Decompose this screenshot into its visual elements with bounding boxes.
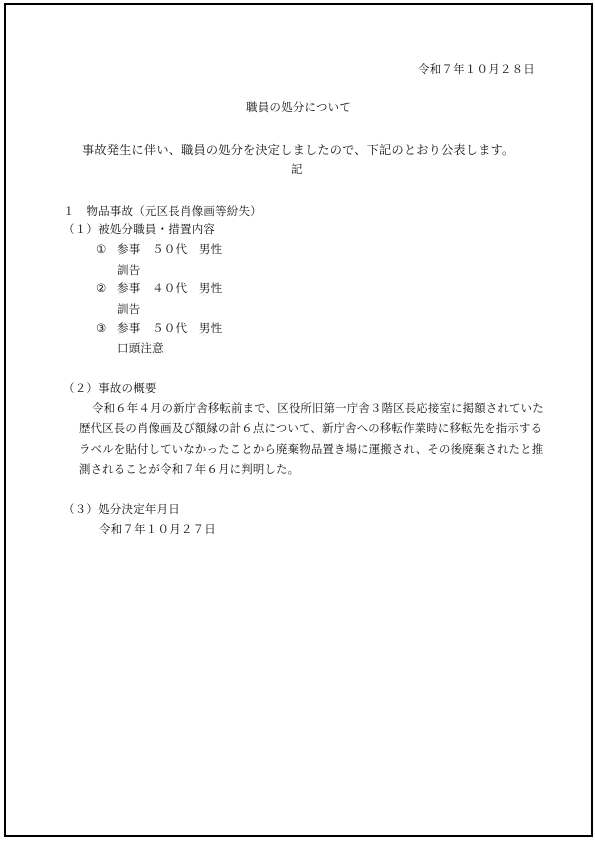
item-marker: ③	[96, 321, 107, 335]
ki-label: 記	[291, 162, 303, 176]
item-desc: 参事 ５０代 男性	[117, 242, 222, 256]
document-date: 令和７年１０月２８日	[418, 62, 535, 76]
item-measure: 訓告	[117, 263, 140, 277]
intro-text: 事故発生に伴い、職員の処分を決定しましたので、下記のとおり公表します。	[82, 143, 514, 157]
item-desc: 参事 ５０代 男性	[117, 321, 222, 335]
sub3-heading: （３）処分決定年月日	[63, 502, 180, 516]
item-measure: 訓告	[117, 302, 140, 316]
sub2-heading: （２）事故の概要	[63, 381, 157, 395]
document-page	[4, 3, 593, 837]
sub1-heading: （１）被処分職員・措置内容	[63, 222, 215, 236]
item-marker: ②	[96, 281, 107, 295]
summary-line: ラベルを貼付していなかったことから廃棄物品置き場に運搬され、その後廃棄されたと推	[79, 442, 543, 456]
summary-line: 令和６年４月の新庁舎移転前まで、区役所旧第一庁舎３階区長応接室に掲額されていた	[92, 401, 544, 415]
summary-line: 測されることが令和７年６月に判明した。	[79, 462, 299, 476]
item-desc: 参事 ４０代 男性	[117, 281, 222, 295]
document-title: 職員の処分について	[246, 100, 351, 114]
item-measure: 口頭注意	[117, 341, 164, 355]
section1-heading: １ 物品事故（元区長肖像画等紛失）	[63, 204, 262, 218]
summary-line: 歴代区長の肖像画及び額縁の計６点について、新庁舎への移転作業時に移転先を指示する	[79, 421, 542, 435]
decision-date: 令和７年１０月２７日	[99, 522, 216, 536]
item-marker: ①	[96, 242, 107, 256]
